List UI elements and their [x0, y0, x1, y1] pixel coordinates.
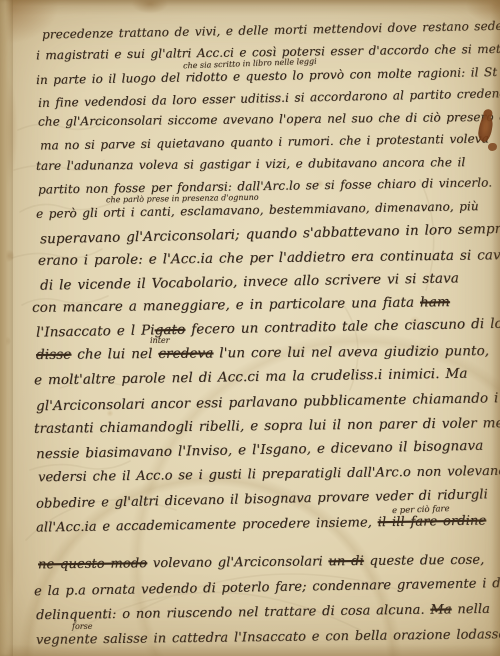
text-segment: trastanti chiamandogli ribelli, e sopra …	[34, 415, 500, 437]
text-segment: delinquenti: o non riuscendo nel trattar…	[36, 603, 431, 624]
text-segment: all'Acc.ia e accademicamente procedere i…	[36, 515, 378, 535]
text-segment: volevano gl'Arciconsolari	[147, 554, 328, 571]
manuscript-line: trastanti chiamandogli ribelli, e sopra …	[34, 417, 500, 436]
manuscript-line: erano i parole: e l'Acc.ia che per l'add…	[38, 249, 500, 268]
manuscript-line: in parte io il luogo del ridotto e quest…	[36, 66, 497, 86]
text-segment: tare l'adunanza voleva si gastigar i viz…	[36, 155, 465, 173]
struck-text: Ma	[430, 602, 451, 617]
text-segment: e però gli orti i canti, esclamavano, be…	[36, 199, 479, 221]
text-segment: precedenze trattano de vivi, e delle mor…	[42, 18, 500, 41]
manuscript-line: in fine vedendosi da loro esser uditiss.…	[38, 87, 500, 109]
text-segment: queste due cose,	[364, 553, 485, 569]
paper-edge-left	[0, 0, 13, 656]
text-segment: gl'Arciconsolari ancor essi parlavano pu…	[36, 390, 500, 415]
manuscript-line: gl'Arciconsolari ancor essi parlavano pu…	[36, 392, 500, 414]
manuscript-line: disse che lui nel credeva l'un core lui …	[36, 345, 489, 362]
text-segment: nella	[452, 602, 491, 618]
text-segment: erano i parole: e l'Acc.ia che per l'add…	[38, 247, 500, 269]
manuscript-line: vegnente salisse in cattedra l'Insaccato…	[36, 628, 500, 647]
text-segment: ma no si parve si quietavano quanto i ru…	[40, 131, 489, 152]
text-segment: che lui nel	[71, 346, 158, 363]
struck-text: ham	[420, 294, 450, 310]
text-segment: in parte io il luogo del ridotto e quest…	[36, 65, 497, 87]
manuscript-line: all'Acc.ia e accademicamente procedere i…	[36, 514, 486, 534]
manuscript-line: precedenze trattano de vivi, e delle mor…	[42, 19, 500, 40]
text-segment: di le vicende il Vocabolario, invece all…	[40, 270, 459, 293]
manuscript-line: che gl'Arciconsolari siccome avevano l'o…	[38, 110, 500, 127]
struck-text: credeva	[158, 345, 213, 361]
manuscript-page: precedenze trattano de vivi, e delle mor…	[0, 0, 500, 656]
manuscript-line: nessie biasimavano l'Inviso, e l'Isgano,…	[36, 440, 484, 462]
ink-blot-small	[488, 143, 497, 151]
manuscript-line: e però gli orti i canti, esclamavano, be…	[36, 200, 479, 220]
manuscript-line: tare l'adunanza voleva si gastigar i viz…	[36, 156, 465, 172]
text-segment: fecero un contradito tale che ciascuno d…	[185, 315, 500, 337]
interlinear-insertion: forse	[72, 623, 92, 631]
text-segment: vedersi che il Acc.o se i gusti li prepa…	[38, 464, 500, 486]
manuscript-line: superavano gl'Arciconsolari; quando s'ab…	[40, 223, 500, 247]
manuscript-line: di le vicende il Vocabolario, invece all…	[40, 272, 459, 293]
struck-text: un di	[328, 554, 364, 569]
manuscript-line: ma no si parve si quietavano quanto i ru…	[40, 132, 489, 151]
manuscript-line: delinquenti: o non riuscendo nel trattar…	[36, 603, 490, 622]
manuscript-line: partito non fosse per fondarsi: dall'Arc…	[38, 176, 492, 195]
text-segment: con mancare a maneggiare, e in particola…	[32, 295, 420, 316]
manuscript-line: e la p.a ornata vedendo di poterlo fare;…	[34, 577, 500, 598]
text-segment: superavano gl'Arciconsolari; quando s'ab…	[40, 221, 500, 248]
struck-text: disse	[36, 347, 71, 363]
interlinear-insertion: inter	[150, 337, 169, 345]
struck-text: ne questo modo	[38, 556, 147, 572]
text-segment: l'Insaccato e l Pi	[36, 322, 155, 340]
text-segment: vegnente salisse in cattedra l'Insaccato…	[36, 627, 500, 648]
interlinear-insertion: e per ciò fare	[392, 505, 450, 516]
manuscript-line: vedersi che il Acc.o se i gusti li prepa…	[38, 465, 500, 485]
text-segment: che gl'Arciconsolari siccome avevano l'o…	[38, 109, 500, 128]
text-segment: l'un core lui nel aveva giudizio punto,	[213, 343, 489, 361]
text-segment: in fine vedendosi da loro esser uditiss.…	[38, 86, 500, 110]
text-segment: e molt'altre parole nel di Acc.ci ma la …	[34, 366, 468, 389]
text-segment: e la p.a ornata vedendo di poterlo fare;…	[34, 576, 500, 599]
text-segment: partito non fosse per fondarsi: dall'Arc…	[38, 175, 492, 196]
manuscript-line: e molt'altre parole nel di Acc.ci ma la …	[34, 368, 468, 388]
manuscript-line: con mancare a maneggiare, e in particola…	[32, 296, 450, 315]
text-segment: nessie biasimavano l'Inviso, e l'Isgano,…	[36, 438, 484, 463]
manuscript-line: ne questo modo volevano gl'Arciconsolari…	[38, 554, 484, 572]
struck-text: il ill fare ordine	[378, 513, 487, 530]
manuscript-line: l'Insaccato e l Pigato fecero un contrad…	[36, 317, 500, 340]
